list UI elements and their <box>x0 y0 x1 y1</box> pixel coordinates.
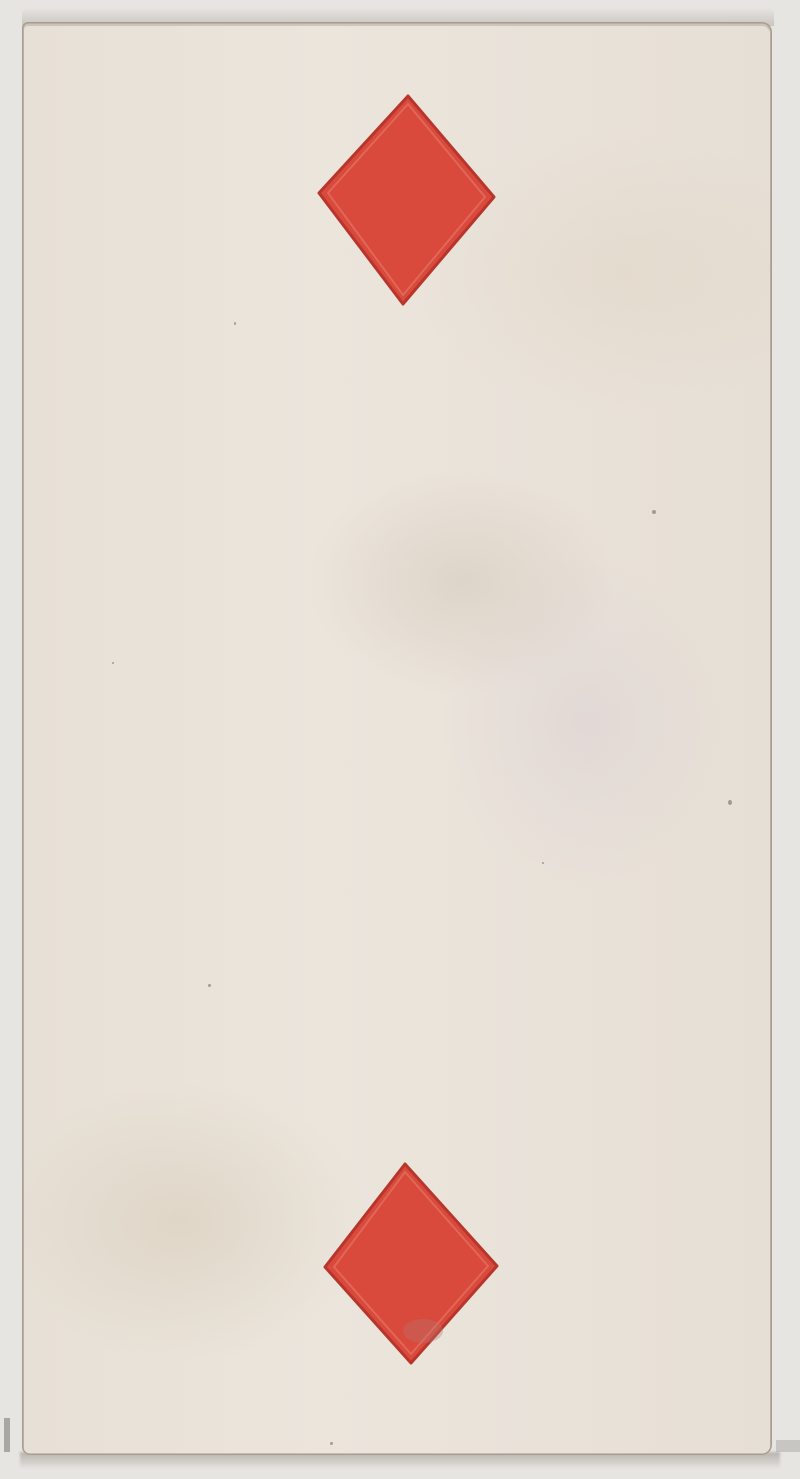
pencil-mark <box>776 1440 800 1452</box>
paper-speckle <box>330 1442 333 1445</box>
paper-speckle <box>542 862 544 864</box>
paper-speckle <box>652 510 656 514</box>
diamond-icon <box>323 1161 499 1366</box>
paper-speckle <box>112 662 114 664</box>
paper-speckle <box>208 984 211 987</box>
paper-speckle <box>234 322 236 325</box>
paper-speckle <box>728 800 732 805</box>
diamond-icon <box>317 94 496 306</box>
diamond-pip-top <box>317 94 496 306</box>
diamond-pip-bottom <box>323 1161 499 1366</box>
pencil-mark <box>4 1418 10 1452</box>
